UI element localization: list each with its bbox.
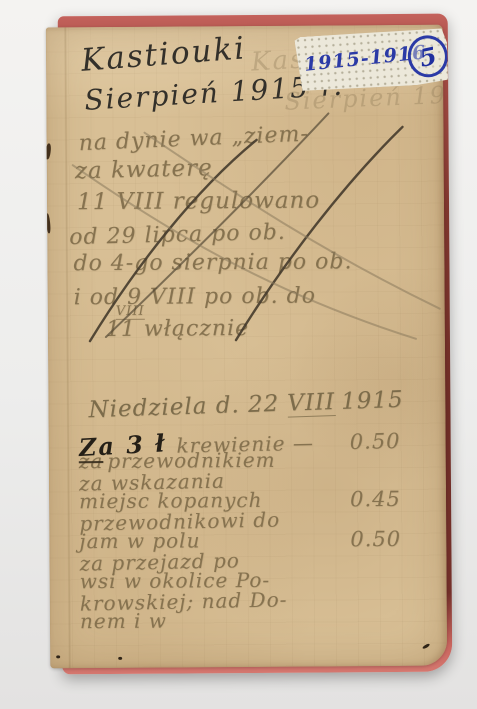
ledger-text: krewienie —: [176, 431, 314, 458]
ledger-amount: [351, 563, 431, 565]
ink-speck: [56, 655, 60, 658]
crossed-line-text: 11 włącznie: [106, 316, 249, 342]
ledger-amount: [351, 626, 431, 627]
corner-tear-mark: [422, 643, 430, 650]
crossed-line: VIII11 włącznie: [106, 316, 249, 342]
ledger-row: Za 3 ł krewienie — 0.50: [78, 424, 429, 451]
scanned-notebook-photo: Kastiouki Sierpień 1915 r. Kastiouki Sie…: [0, 0, 477, 709]
ledger-amount: [350, 483, 430, 485]
crossed-line: i od 9 VIII po ob. do: [74, 284, 316, 311]
date-year: 1915: [341, 387, 404, 415]
notebook: Kastiouki Sierpień 1915 r. Kastiouki Sie…: [46, 14, 453, 675]
ledger-text: za wskazania: [79, 469, 225, 496]
ledger-text: za przejazd po: [79, 548, 240, 575]
ledger-amount: [351, 603, 431, 605]
entry-date-line: Niedziela d. 22VIII1915: [88, 387, 404, 423]
crossed-line: za kwaterę: [74, 155, 213, 184]
crossed-line: na dynie wa „ziem-: [78, 122, 309, 157]
ledger-text: krowskiej; nad Do-: [80, 587, 288, 615]
date-month-roman: VIII: [287, 389, 336, 418]
torn-binding-mark: [46, 213, 51, 233]
date-prefix: Niedziela d. 22: [88, 391, 280, 423]
heading-place-name: Kastiouki: [80, 30, 248, 79]
expense-ledger: Za 3 ł krewienie — 0.50 za przewodnikiem…: [79, 427, 431, 629]
dark-overwrite-text: Za 3 ł: [78, 428, 167, 462]
page-number-badge: 5: [404, 32, 452, 81]
page-crease: [64, 27, 71, 668]
torn-binding-mark: [46, 143, 52, 159]
ink-speck: [118, 657, 122, 660]
superscript-roman-numeral: VIII: [116, 304, 145, 320]
archive-tape-label: 1915-1916 5: [294, 27, 449, 93]
ledger-amount: [350, 523, 430, 525]
crossed-line: do 4-go sierpnia po ob.: [73, 249, 352, 276]
notebook-page: Kastiouki Sierpień 1915 r. Kastiouki Sie…: [46, 25, 447, 669]
crossed-line: 11 VIII regulowano: [77, 187, 320, 215]
ledger-amount: 0.50: [350, 428, 430, 454]
crossed-line: od 29 lipca po ob.: [69, 220, 286, 250]
ledger-text: przewodnikowi do: [79, 507, 280, 535]
